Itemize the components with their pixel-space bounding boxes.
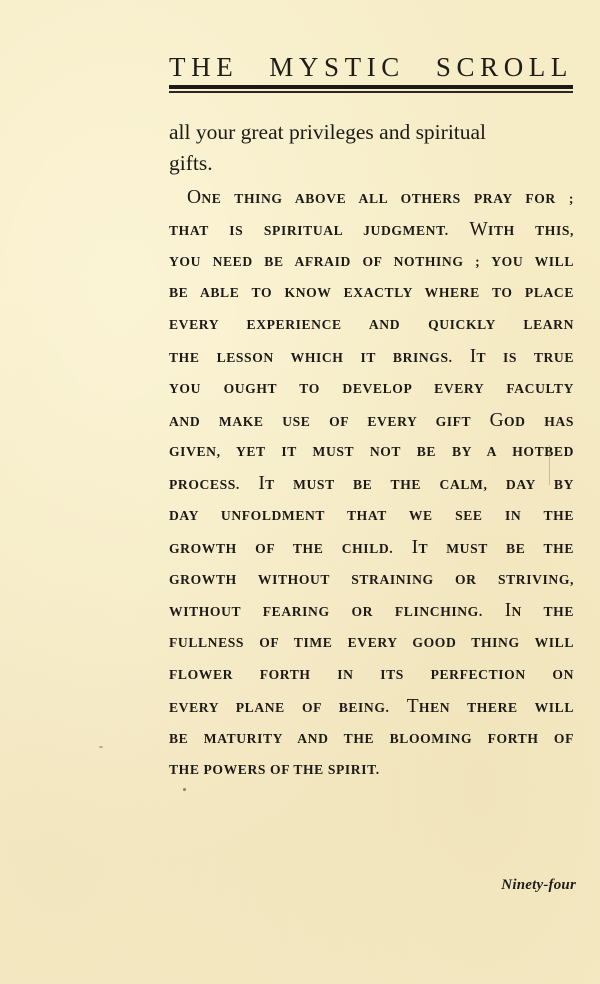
small-caps-paragraph: One thing above all others pray for ; th… [169, 182, 574, 786]
opening-text: all your great privileges and spiritual … [169, 117, 574, 179]
text-line: without fearing or flinching. In the [169, 595, 574, 627]
text-line: every experience and quickly learn [169, 309, 574, 341]
text-line: and make use of every gift God has [169, 405, 574, 437]
text-line: you need be afraid of nothing ; you will [169, 246, 574, 278]
paper-crease [549, 445, 550, 485]
book-page: THE MYSTIC SCROLL all your great privile… [0, 0, 600, 984]
text-line: given, yet it must not be by a hotbed [169, 436, 574, 468]
text-line: that is spiritual judgment. With this, [169, 214, 574, 246]
text-line: the lesson which it brings. It is true [169, 341, 574, 373]
body-text: all your great privileges and spiritual … [169, 117, 574, 786]
text-line: One thing above all others pray for ; [169, 182, 574, 214]
text-line: day unfoldment that we see in the [169, 500, 574, 532]
text-line: every plane of being. Then there will [169, 691, 574, 723]
running-header: THE MYSTIC SCROLL [169, 52, 573, 93]
text-line: growth without straining or striving, [169, 564, 574, 596]
header-rule-thick [169, 85, 573, 89]
text-line: process. It must be the calm, day by [169, 468, 574, 500]
text-line: the powers of the spirit. [169, 754, 574, 786]
opening-line-2: gifts. [169, 151, 213, 175]
opening-line-1: all your great privileges and spiritual [169, 120, 486, 144]
text-line: growth of the child. It must be the [169, 532, 574, 564]
header-rule-thin [169, 91, 573, 93]
paper-speck [183, 788, 186, 791]
text-line: you ought to develop every faculty [169, 373, 574, 405]
book-title: THE MYSTIC SCROLL [169, 52, 573, 82]
text-line: be maturity and the blooming forth of [169, 723, 574, 755]
paper-speck [99, 746, 103, 748]
page-number: Ninety-four [488, 877, 576, 894]
text-line: be able to know exactly where to place [169, 277, 574, 309]
text-line: fullness of time every good thing will [169, 627, 574, 659]
text-line: flower forth in its perfection on [169, 659, 574, 691]
